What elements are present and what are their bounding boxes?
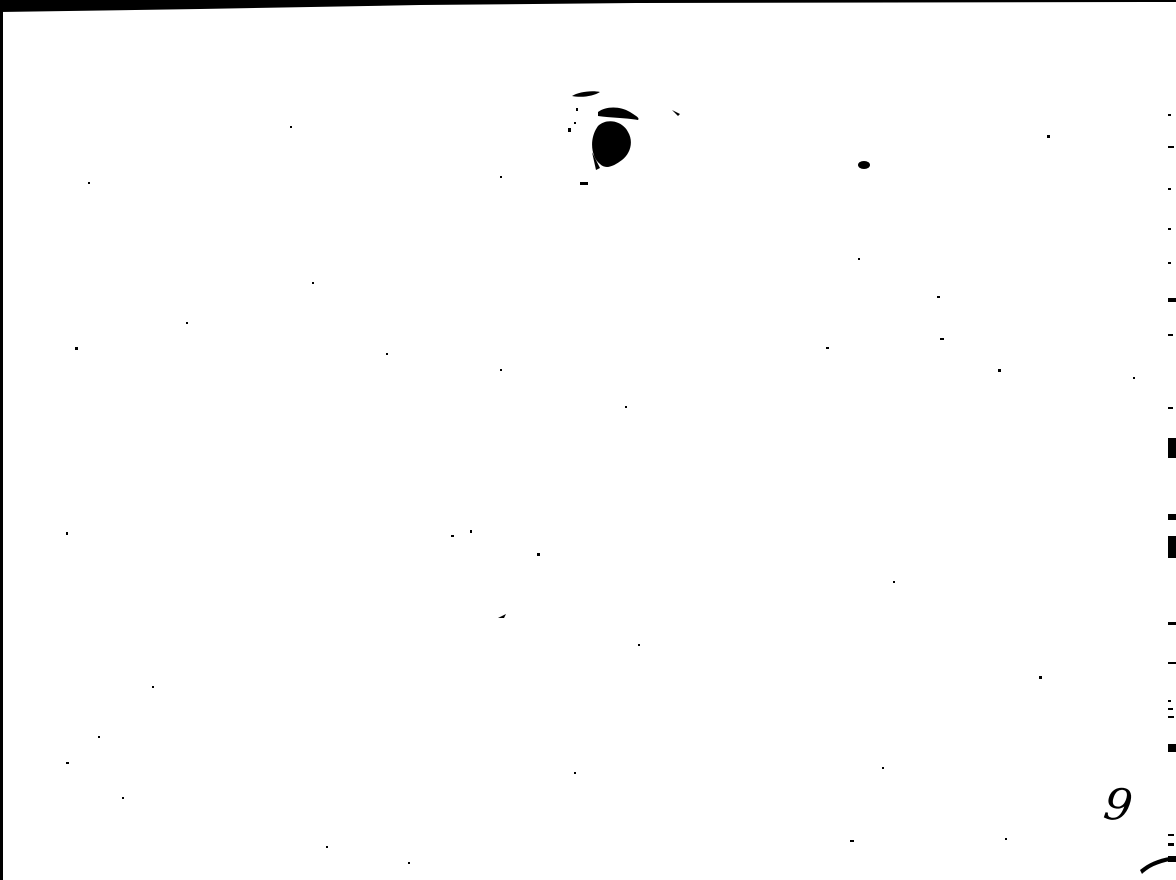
- ink-blot-icon: [568, 91, 680, 185]
- scanned-page: 9: [0, 0, 1176, 880]
- ink-stain-and-speckles: [0, 0, 1176, 880]
